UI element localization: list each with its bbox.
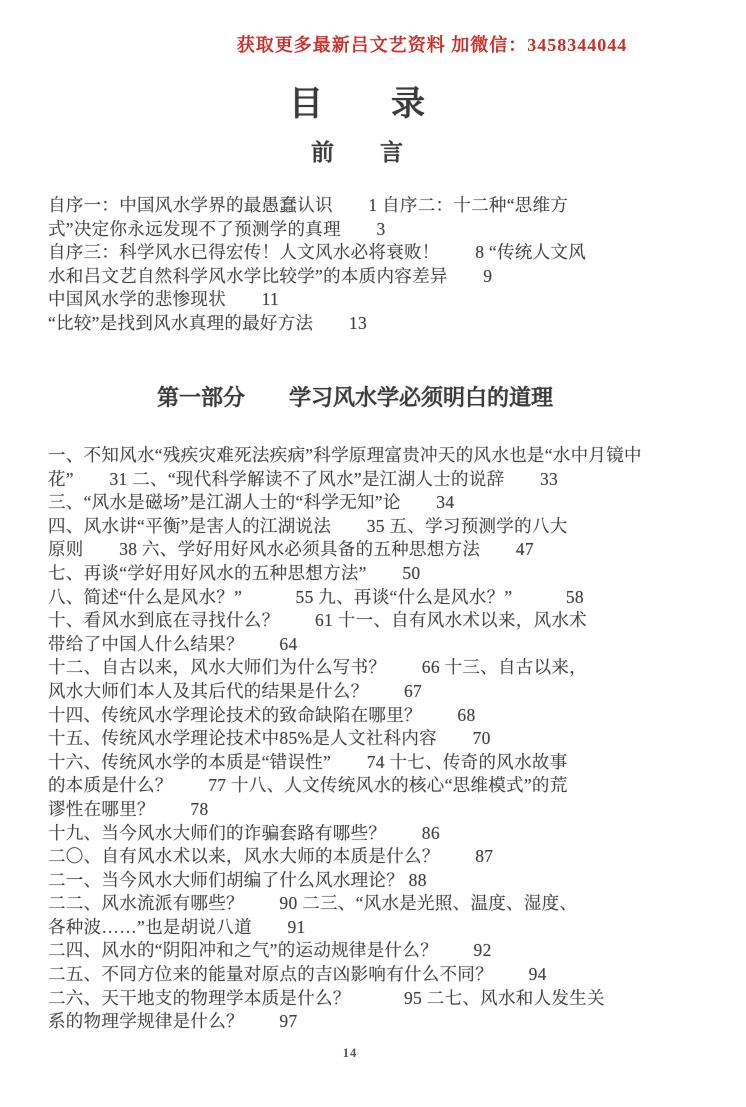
toc-line: “比较”是找到风水真理的最好方法 13 [48,312,726,336]
toc-line: 原则 38 六、学好用好风水必须具备的五种思想方法 47 [48,538,726,562]
toc-line: 十四、传统风水学理论技术的致命缺陷在哪里？ 68 [48,704,726,728]
toc-line: 风水大师们本人及其后代的结果是什么？ 67 [48,680,726,704]
toc-title: 目 录 [0,76,746,125]
toc-line: 二〇、自有风水术以来，风水大师的本质是什么？ 87 [48,845,726,869]
toc-line: 二六、天干地支的物理学本质是什么？ 95 二七、风水和人发生关 [48,987,726,1011]
toc-line: 二一、当今风水大师们胡编了什么风水理论？ 88 [48,869,726,893]
toc-line: 的本质是什么？ 77 十八、人文传统风水的核心“思维模式”的荒 [48,774,726,798]
toc-line: 系的物理学规律是什么？ 97 [48,1010,726,1034]
page-number: 14 [0,1046,746,1061]
toc-line: 十五、传统风水学理论技术中85%是人文社科内容 70 [48,727,726,751]
toc-line: 十六、传统风水学的本质是“错误性” 74 十七、传奇的风水故事 [48,751,726,775]
preface-heading: 前 言 [0,134,746,167]
toc-line: 八、简述“什么是风水？” 55 九、再谈“什么是风水？” 58 [48,586,726,610]
part-one-heading: 第一部分 学习风水学必须明白的道理 [0,381,746,412]
toc-line: 二四、风水的“阴阳冲和之气”的运动规律是什么？ 92 [48,939,726,963]
toc-line: 一、不知风水“残疾灾难死法疾病”科学原理富贵冲天的风水也是“水中月镜中 [48,444,726,468]
toc-line: 自序三：科学风水已得宏传！人文风水必将衰败！ 8 “传统人文风 [48,241,726,265]
preface-toc-block: 自序一：中国风水学界的最愚蠢认识 1 自序二：十二种“思维方 式”决定你永远发现… [48,194,726,336]
promo-header: 获取更多最新吕文艺资料 加微信：3458344044 [0,31,746,57]
toc-line: 四、风水讲“平衡”是害人的江湖说法 35 五、学习预测学的八大 [48,515,726,539]
toc-line: 十、看风水到底在寻找什么？ 61 十一、自有风水术以来，风水术 [48,609,726,633]
toc-line: 自序一：中国风水学界的最愚蠢认识 1 自序二：十二种“思维方 [48,194,726,218]
part-one-toc-block: 一、不知风水“残疾灾难死法疾病”科学原理富贵冲天的风水也是“水中月镜中 花” 3… [48,444,726,1034]
toc-line: 十九、当今风水大师们的诈骗套路有哪些？ 86 [48,822,726,846]
toc-line: 二五、不同方位来的能量对原点的吉凶影响有什么不同？ 94 [48,963,726,987]
toc-line: 水和吕文艺自然科学风水学比较学”的本质内容差异 9 [48,265,726,289]
toc-line: 谬性在哪里？ 78 [48,798,726,822]
document-page: 获取更多最新吕文艺资料 加微信：3458344044 目 录 前 言 自序一：中… [0,0,746,1107]
toc-line: 三、“风水是磁场”是江湖人士的“科学无知”论 34 [48,491,726,515]
toc-line: 中国风水学的悲惨现状 11 [48,288,726,312]
toc-line: 各种波……”也是胡说八道 91 [48,916,726,940]
toc-line: 花” 31 二、“现代科学解读不了风水”是江湖人士的说辞 33 [48,468,726,492]
toc-line: 式”决定你永远发现不了预测学的真理 3 [48,218,726,242]
toc-line: 十二、自古以来，风水大师们为什么写书？ 66 十三、自古以来， [48,656,726,680]
toc-line: 二二、风水流派有哪些？ 90 二三、“风水是光照、温度、湿度、 [48,892,726,916]
toc-line: 带给了中国人什么结果？ 64 [48,633,726,657]
toc-line: 七、再谈“学好用好风水的五种思想方法” 50 [48,562,726,586]
